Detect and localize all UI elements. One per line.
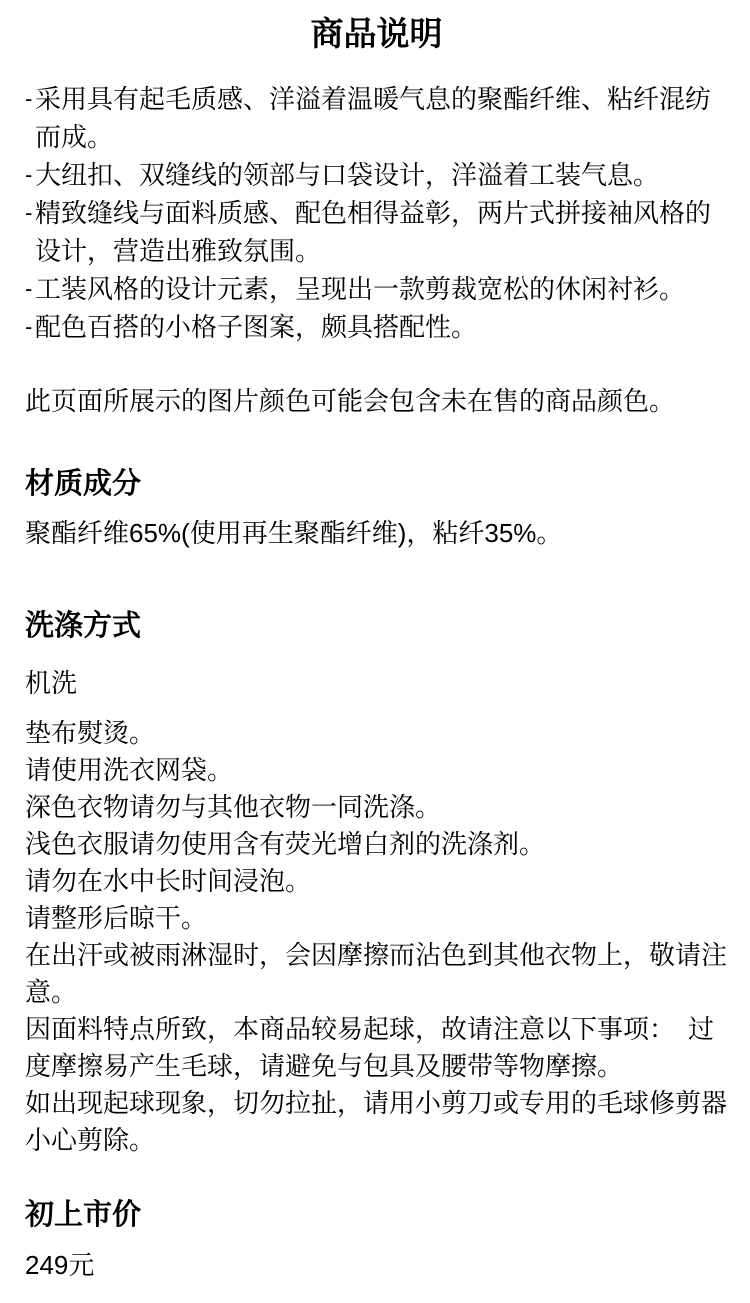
washing-instruction: 垫布熨烫。	[25, 715, 728, 752]
color-availability-note: 此页面所展示的图片颜色可能会包含未在售的商品颜色。	[25, 382, 728, 420]
bullet-text: 工装风格的设计元素，呈现出一款剪裁宽松的休闲衬衫。	[35, 270, 728, 308]
description-bullet-list: - 采用具有起毛质感、洋溢着温暖气息的聚酯纤维、粘纤混纺而成。 - 大纽扣、双缝…	[25, 80, 728, 346]
washing-method-text: 机洗	[25, 664, 728, 702]
washing-instruction-list: 垫布熨烫。 请使用洗衣网袋。 深色衣物请勿与其他衣物一同洗涤。 浅色衣服请勿使用…	[25, 715, 728, 1159]
description-bullet: - 精致缝线与面料质感、配色相得益彰，两片式拼接袖风格的设计，营造出雅致氛围。	[25, 194, 728, 270]
bullet-text: 大纽扣、双缝线的领部与口袋设计，洋溢着工装气息。	[35, 156, 728, 194]
bullet-text: 采用具有起毛质感、洋溢着温暖气息的聚酯纤维、粘纤混纺而成。	[35, 80, 728, 156]
material-heading: 材质成分	[25, 466, 728, 502]
washing-instruction: 浅色衣服请勿使用含有荧光增白剂的洗涤剂。	[25, 826, 728, 863]
bullet-dash-marker: -	[25, 80, 35, 156]
product-description-page: 商品说明 - 采用具有起毛质感、洋溢着温暖气息的聚酯纤维、粘纤混纺而成。 - 大…	[0, 14, 750, 1284]
bullet-text: 配色百搭的小格子图案，颇具搭配性。	[35, 308, 728, 346]
description-bullet: - 大纽扣、双缝线的领部与口袋设计，洋溢着工装气息。	[25, 156, 728, 194]
description-bullet: - 配色百搭的小格子图案，颇具搭配性。	[25, 308, 728, 346]
washing-instruction: 因面料特点所致，本商品较易起球，故请注意以下事项： 过度摩擦易产生毛球，请避免与…	[25, 1011, 728, 1085]
washing-instruction: 请使用洗衣网袋。	[25, 752, 728, 789]
page-title: 商品说明	[25, 14, 728, 54]
price-section: 初上市价 249元	[25, 1197, 728, 1284]
description-bullet: - 工装风格的设计元素，呈现出一款剪裁宽松的休闲衬衫。	[25, 270, 728, 308]
bullet-dash-marker: -	[25, 156, 35, 194]
bullet-dash-marker: -	[25, 308, 35, 346]
bullet-text: 精致缝线与面料质感、配色相得益彰，两片式拼接袖风格的设计，营造出雅致氛围。	[35, 194, 728, 270]
washing-instruction: 如出现起球现象，切勿拉扯，请用小剪刀或专用的毛球修剪器小心剪除。	[25, 1085, 728, 1159]
material-section: 材质成分 聚酯纤维65%(使用再生聚酯纤维)，粘纤35%。	[25, 466, 728, 552]
description-bullet: - 采用具有起毛质感、洋溢着温暖气息的聚酯纤维、粘纤混纺而成。	[25, 80, 728, 156]
washing-instruction: 请整形后晾干。	[25, 900, 728, 937]
bullet-dash-marker: -	[25, 270, 35, 308]
price-heading: 初上市价	[25, 1197, 728, 1233]
washing-instruction: 请勿在水中长时间浸泡。	[25, 863, 728, 900]
bullet-dash-marker: -	[25, 194, 35, 270]
washing-section: 洗涤方式 机洗 垫布熨烫。 请使用洗衣网袋。 深色衣物请勿与其他衣物一同洗涤。 …	[25, 608, 728, 1159]
washing-instruction: 在出汗或被雨淋湿时，会因摩擦而沾色到其他衣物上，敬请注意。	[25, 937, 728, 1011]
price-value: 249元	[25, 1247, 728, 1284]
material-composition-text: 聚酯纤维65%(使用再生聚酯纤维)，粘纤35%。	[25, 514, 728, 552]
washing-heading: 洗涤方式	[25, 608, 728, 644]
washing-instruction: 深色衣物请勿与其他衣物一同洗涤。	[25, 789, 728, 826]
